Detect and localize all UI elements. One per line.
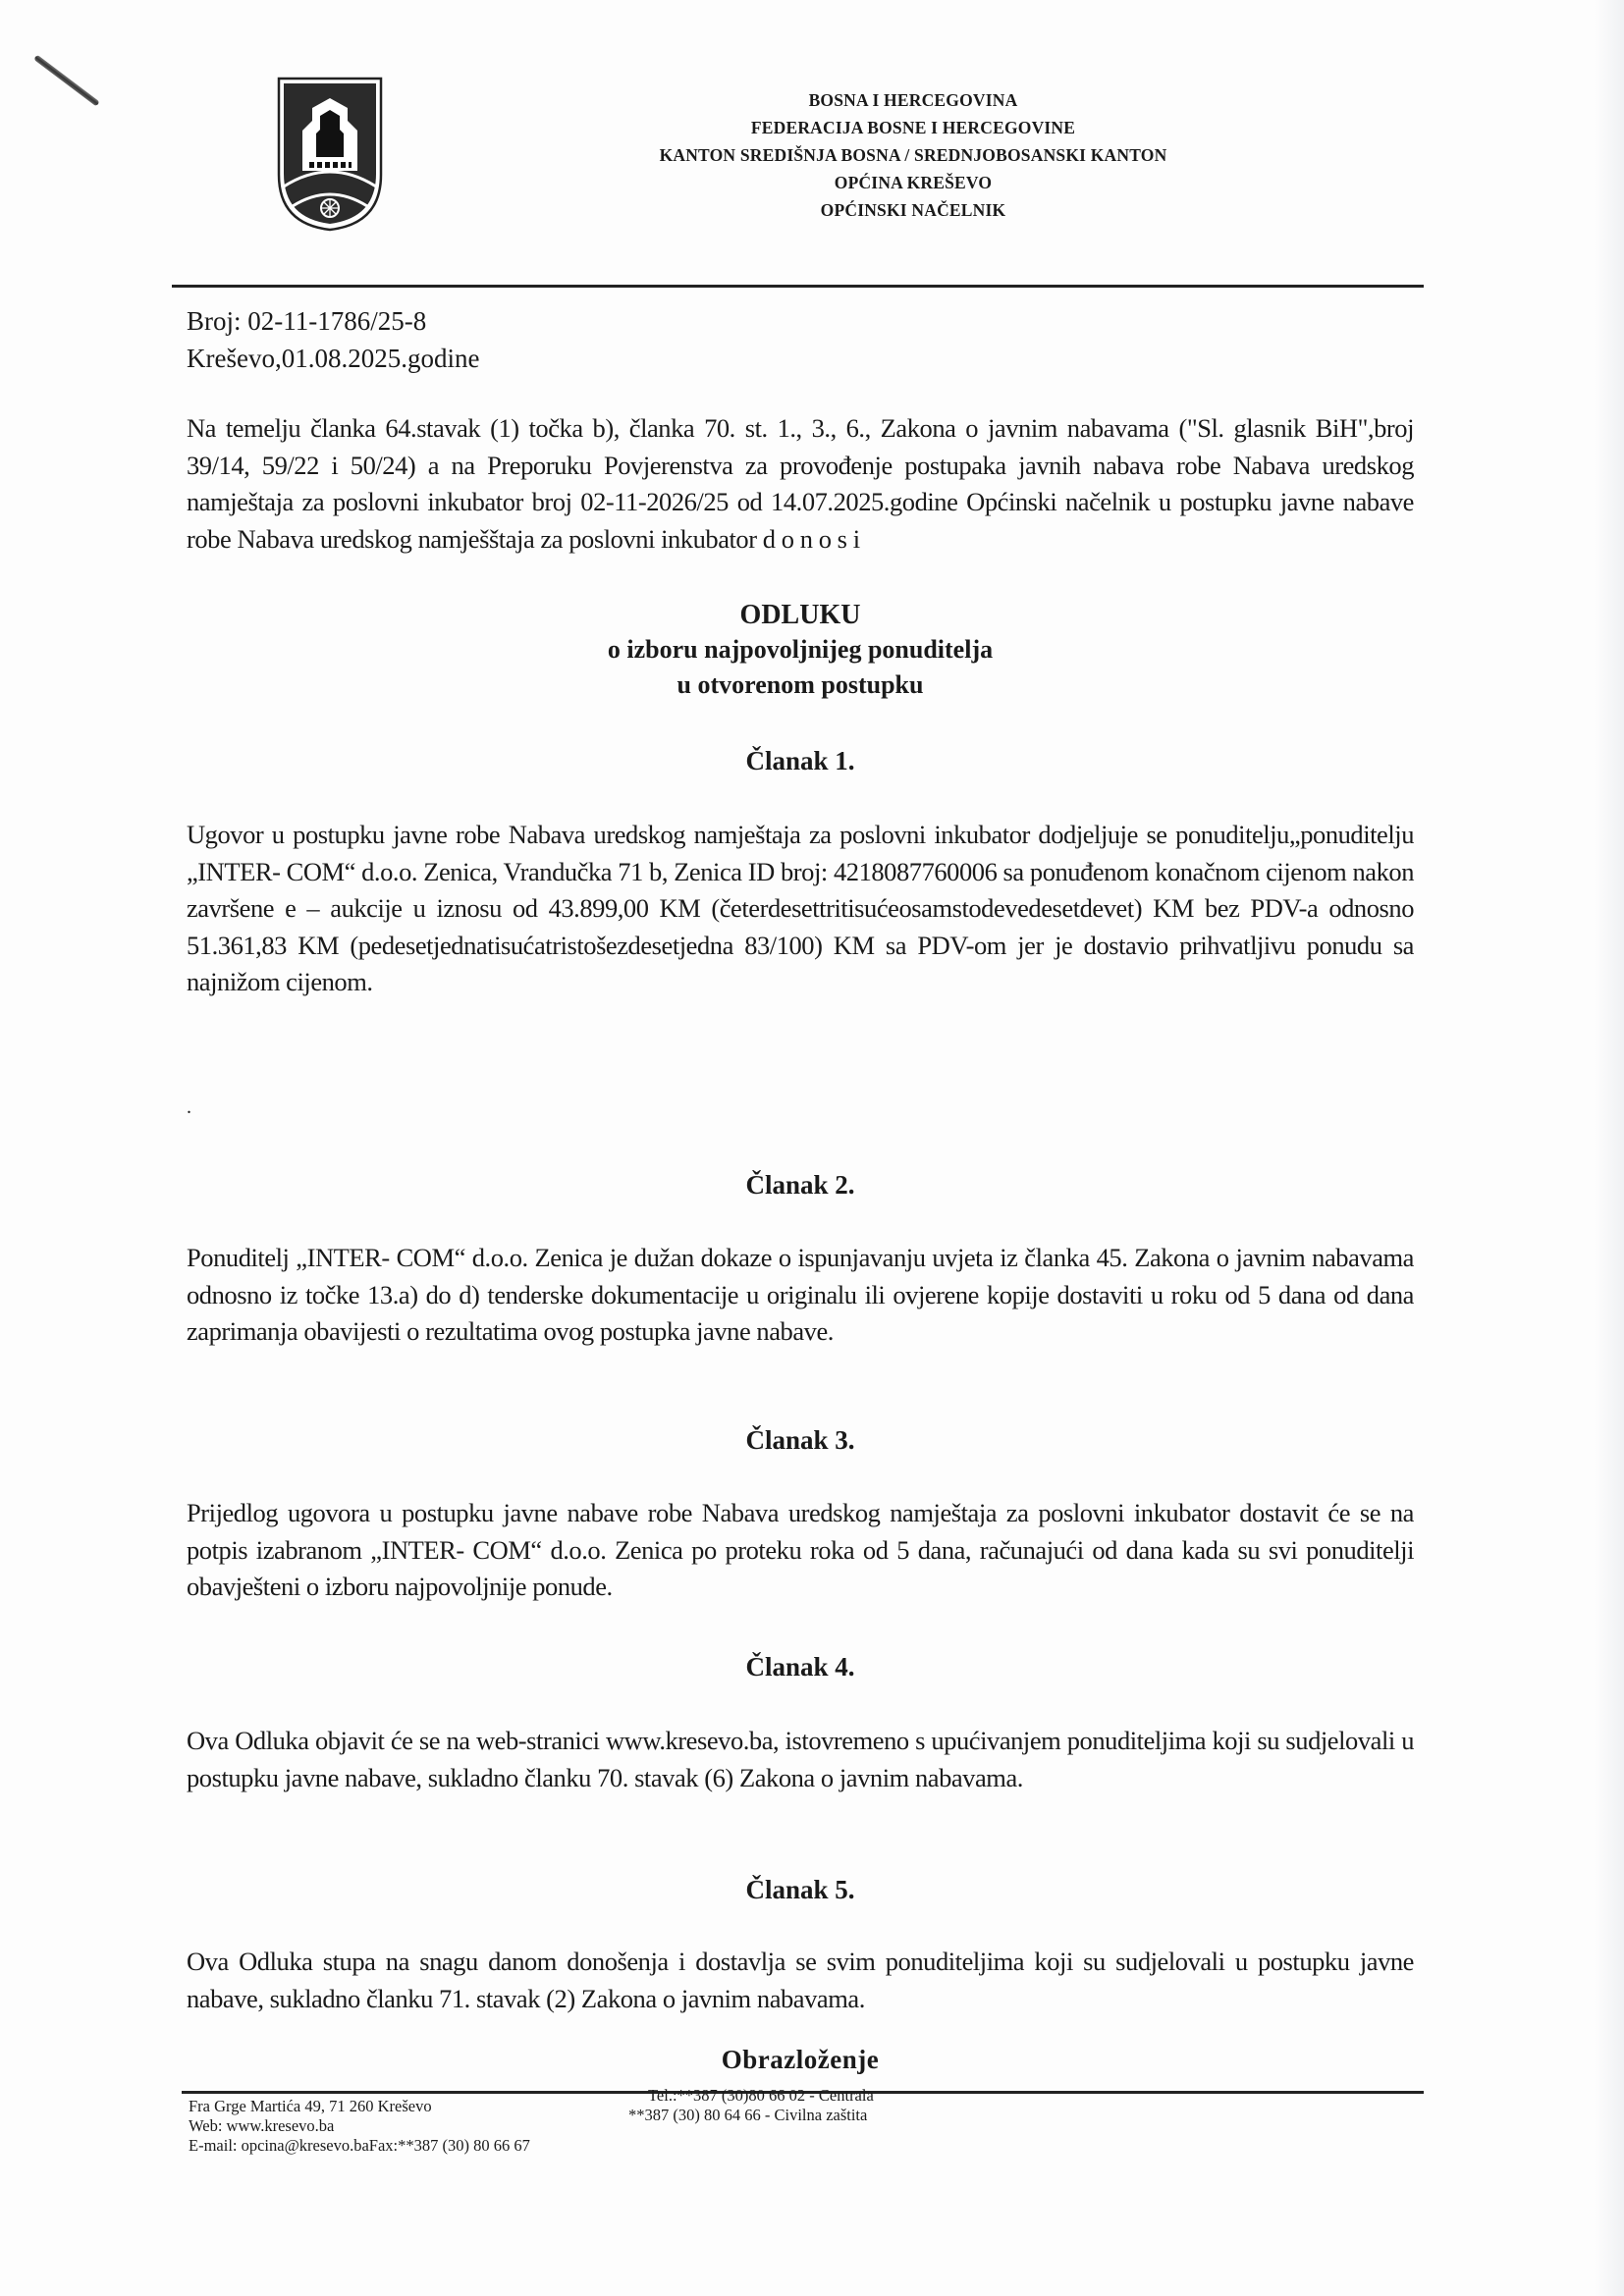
- article-1-text: Ugovor u postupku javne robe Nabava ured…: [187, 817, 1414, 1001]
- footer-email-fax[interactable]: E-mail: opcina@kresevo.baFax:**387 (30) …: [189, 2136, 530, 2156]
- title-sub-1: o izboru najpovoljnijeg ponuditelja: [187, 632, 1414, 667]
- footer-tel-civil-protection: **387 (30) 80 64 66 - Civilna zaštita: [628, 2106, 874, 2125]
- header-line-office: OPĆINSKI NAČELNIK: [550, 196, 1276, 224]
- article-5-heading: Članak 5.: [187, 1875, 1414, 1905]
- footer-address: Fra Grge Martića 49, 71 260 Kreševo: [189, 2097, 530, 2116]
- title-sub-2: u otvorenom postupku: [187, 667, 1414, 703]
- article-4-text: Ova Odluka objavit će se na web-stranici…: [187, 1723, 1414, 1796]
- footer-tel-central: Tel.:**387 (30)80 66 02 - Centrala: [628, 2086, 874, 2106]
- footer-contact-left: Fra Grge Martića 49, 71 260 Kreševo Web:…: [189, 2097, 530, 2156]
- stray-mark: .: [187, 1096, 191, 1119]
- preamble: Na temelju članka 64.stavak (1) točka b)…: [187, 410, 1414, 558]
- header-divider: [172, 285, 1424, 288]
- document-meta: Broj: 02-11-1786/25-8 Kreševo,01.08.2025…: [187, 302, 479, 377]
- title-main: ODLUKU: [187, 599, 1414, 632]
- staple-mark: [33, 55, 100, 107]
- header-line-canton: KANTON SREDIŠNJA BOSNA / SREDNJOBOSANSKI…: [550, 141, 1276, 169]
- explanation-heading: Obrazloženje: [187, 2045, 1414, 2075]
- decision-title: ODLUKU o izboru najpovoljnijeg ponuditel…: [187, 599, 1414, 703]
- article-1-heading: Članak 1.: [187, 746, 1414, 776]
- scan-edge-shadow: [1595, 0, 1624, 2296]
- kresevo-coat-of-arms-icon: [277, 77, 383, 232]
- article-2-text: Ponuditelj „INTER- COM“ d.o.o. Zenica je…: [187, 1240, 1414, 1351]
- article-5-text: Ova Odluka stupa na snagu danom donošenj…: [187, 1944, 1414, 2017]
- article-3-text: Prijedlog ugovora u postupku javne nabav…: [187, 1495, 1414, 1606]
- article-4-heading: Članak 4.: [187, 1652, 1414, 1682]
- footer-web-link[interactable]: Web: www.kresevo.ba: [189, 2116, 530, 2136]
- header-line-municipality: OPĆINA KREŠEVO: [550, 169, 1276, 196]
- institution-header: BOSNA I HERCEGOVINA FEDERACIJA BOSNE I H…: [550, 86, 1276, 224]
- header-line-federation: FEDERACIJA BOSNE I HERCEGOVINE: [550, 114, 1276, 141]
- document-number: Broj: 02-11-1786/25-8: [187, 302, 479, 340]
- document-place-date: Kreševo,01.08.2025.godine: [187, 340, 479, 377]
- footer-contact-right: Tel.:**387 (30)80 66 02 - Centrala **387…: [628, 2086, 874, 2125]
- article-2-heading: Članak 2.: [187, 1170, 1414, 1201]
- article-3-heading: Članak 3.: [187, 1425, 1414, 1456]
- header-line-country: BOSNA I HERCEGOVINA: [550, 86, 1276, 114]
